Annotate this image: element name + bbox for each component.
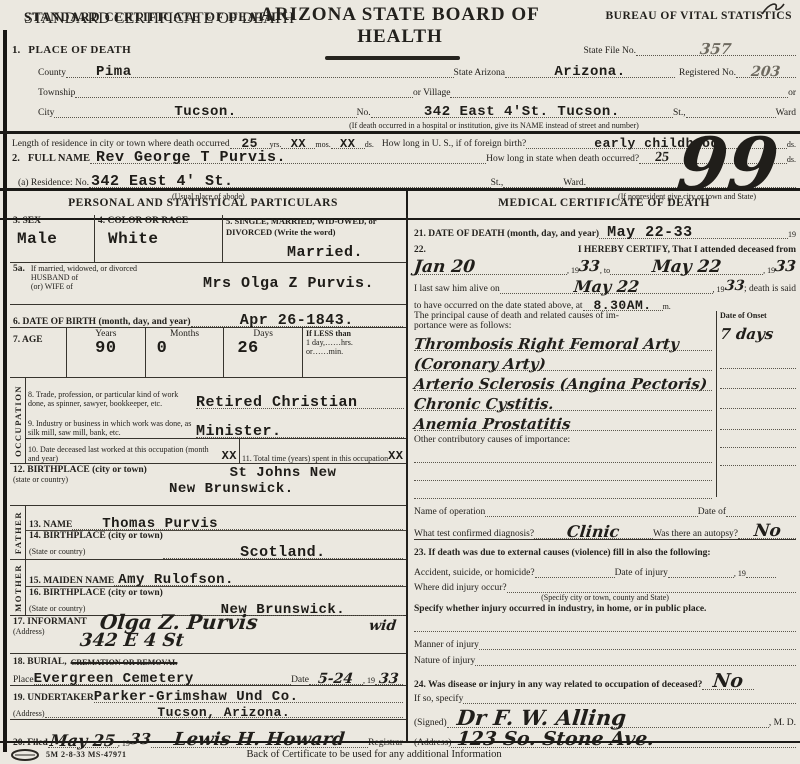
burial-date-label: Date xyxy=(291,675,309,685)
mother-name-value: Amy Rulofson. xyxy=(118,572,234,588)
house-no-label: No. xyxy=(357,108,371,118)
mother-birthplace-label: 16. BIRTHPLACE (city or town) xyxy=(29,588,163,598)
state-value: Arizona. xyxy=(554,64,625,80)
less-line3: or……min. xyxy=(306,347,403,356)
last-worked-value: XX xyxy=(222,449,237,463)
date-of-death-value: May 22-33 xyxy=(607,224,693,241)
undertaker-address-value: Tucson, Arizona. xyxy=(157,705,290,720)
burial-struck-text: CREMATION OR REMOVAL xyxy=(71,658,178,667)
registered-value: 203 xyxy=(751,64,782,80)
age-label-cell: 7. AGE xyxy=(10,328,66,377)
state-years-value: 25 xyxy=(654,150,670,166)
burial-label: 18. BURIAL, xyxy=(13,657,67,667)
personal-column: 3. SEX Male 4. COLOR OR RACE White 5. SI… xyxy=(10,215,408,741)
burial-place-value: Evergreen Cemetery xyxy=(34,671,194,687)
informant-address-label: (Address) xyxy=(13,627,87,636)
cause-line-2: (Coronary Arty) xyxy=(413,355,547,373)
years-label: Years xyxy=(70,329,142,339)
hospital-note: (If death occurred in a hospital or inst… xyxy=(349,121,639,130)
industry-label: 9. Industry or business in which work wa… xyxy=(28,419,196,438)
occupation-related-value: No xyxy=(712,670,744,692)
race-field: 4. COLOR OR RACE White xyxy=(94,215,222,262)
race-value: White xyxy=(108,230,219,248)
state-ds-label: ds. xyxy=(787,155,796,164)
city-value: Tucson. xyxy=(174,104,236,120)
death-said-label: ; death is said xyxy=(744,284,796,294)
less-line1: If LESS than xyxy=(306,329,403,338)
informant-label: 17. INFORMANT xyxy=(13,617,87,627)
footer: 5M 2-8-33 MS-47971 Back of Certificate t… xyxy=(0,741,800,764)
cause-line-4: Chronic Cystitis. xyxy=(413,395,555,413)
injury-19: , 19 xyxy=(734,569,746,578)
spouse-field-label: 5a. If married, widowed, or divorced HUS… xyxy=(10,263,200,304)
attended-from-value: Jan 20 xyxy=(413,257,476,277)
where-injury-note: (Specify city or town, county and State) xyxy=(414,593,796,602)
spouse-line2: HUSBAND of xyxy=(31,273,137,282)
county-value: Pima xyxy=(96,64,132,80)
print-stamp: 5M 2-8-33 MS-47971 xyxy=(46,750,127,759)
overlay-99: 99 xyxy=(674,128,782,200)
total-time-label: 11. Total time (years) spent in this occ… xyxy=(242,454,388,463)
birthplace-value-2: New Brunswick. xyxy=(169,481,403,497)
rule xyxy=(0,131,800,134)
city-label: City xyxy=(38,108,54,118)
doc-type-label: STANDARD CERTIFICATE OF DEATH xyxy=(24,10,277,25)
personal-header: PERSONAL AND STATISTICAL PARTICULARS xyxy=(0,191,408,218)
age-days-cell: Days 26 xyxy=(223,328,302,377)
dob-value: Apr 26-1843. xyxy=(240,312,354,329)
autopsy-label: Was there an autopsy? xyxy=(653,529,738,539)
dod-19: 19 xyxy=(788,230,796,239)
onset-value: 7 days xyxy=(719,325,798,349)
father-birthplace-value: Scotland. xyxy=(240,544,326,561)
section1-number: 1. xyxy=(12,44,20,56)
occupation-side-text: OCCUPATION xyxy=(13,385,23,457)
principal-cause-line2: portance were as follows: xyxy=(414,321,712,331)
state-label: State Arizona xyxy=(454,68,505,78)
columns: 3. SEX Male 4. COLOR OR RACE White 5. SI… xyxy=(10,215,800,741)
attended-from-year: 33 xyxy=(578,257,601,275)
township-label: Township xyxy=(38,88,75,98)
last-saw-label: I last saw him alive on xyxy=(414,284,500,294)
years-value: 90 xyxy=(70,339,142,358)
marital-value: Married. xyxy=(287,244,363,261)
days-value: 26 xyxy=(227,339,299,358)
mother-name-label: 15. MAIDEN NAME xyxy=(29,576,114,586)
section1-title: PLACE OF DEATH xyxy=(28,44,131,56)
spouse-field-value: Mrs Olga Z Purvis. xyxy=(200,263,406,304)
attended-to-value: May 22 xyxy=(651,257,722,277)
test-label: What test confirmed diagnosis? xyxy=(414,529,534,539)
where-injury-label: Where did injury occur? xyxy=(414,583,507,593)
footer-note: Back of Certificate to be used for any a… xyxy=(247,749,502,760)
marital-field: 5. SINGLE, MARRIED, WID-OWED, or DIVORCE… xyxy=(222,215,406,262)
undertaker-address-label: (Address) xyxy=(13,709,45,718)
sex-field: 3. SEX Male xyxy=(10,215,94,262)
informant-extra: wid xyxy=(368,618,397,634)
signed-label: (Signed) xyxy=(414,718,447,728)
or-label: or xyxy=(788,88,796,98)
birthplace-label-cell: 12. BIRTHPLACE (city or town) (state or … xyxy=(10,464,160,505)
test-value: Clinic xyxy=(566,522,620,541)
cause-line-5: Anemia Prostatitis xyxy=(413,415,571,433)
manner-of-injury-label: Manner of injury xyxy=(414,640,479,650)
father-name-label: 13. NAME xyxy=(29,520,72,530)
last-worked-label: 10. Date deceased last worked at this oc… xyxy=(28,445,222,463)
last-saw-year: 33 xyxy=(724,278,745,294)
birthplace-sublabel: (state or country) xyxy=(13,475,157,484)
burial-date-value: 5-24 xyxy=(318,671,355,687)
physician-signature: Dr F. W. Alling xyxy=(455,705,627,730)
n19c: , 19 xyxy=(713,285,725,294)
section2-number: 2. xyxy=(12,153,20,164)
residence-label: (a) Residence: No. xyxy=(18,178,89,188)
age-months-cell: Months 0 xyxy=(145,328,224,377)
total-time-value: XX xyxy=(388,449,403,463)
certify-text: I HEREBY CERTIFY, That I attended deceas… xyxy=(578,245,796,255)
state-file-label: State File No. xyxy=(583,46,636,56)
cause-line-1: Thrombosis Right Femoral Arty xyxy=(413,335,680,353)
informant-label-cell: 17. INFORMANT (Address) xyxy=(10,616,90,653)
full-name-label: FULL NAME xyxy=(28,153,90,164)
occupation-side-label: OCCUPATION xyxy=(10,378,26,463)
mother-side-text: MOTHER xyxy=(13,564,23,612)
pen-mark-icon xyxy=(760,0,786,16)
attended-to-year: 33 xyxy=(774,257,797,275)
st-label: St., xyxy=(673,108,686,118)
informant-address-value: 342 E 4 St xyxy=(79,630,185,651)
onset-column: Date of Onset 7 days xyxy=(716,311,796,497)
injury-date-label: Date of injury xyxy=(615,568,668,578)
where-injury-block: Where did injury occur? (Specify city or… xyxy=(414,578,796,604)
days-label: Days xyxy=(227,329,299,339)
m-label: m. xyxy=(663,302,671,311)
age-label: 7. AGE xyxy=(13,335,43,345)
burial-year-value: 33 xyxy=(378,671,399,687)
death-certificate: STANDARD CERTIFICATE OF DEATH STANDARD C… xyxy=(0,0,800,764)
birthplace-value-1: St Johns New xyxy=(163,465,403,481)
less-line2: 1 day,……hrs. xyxy=(306,338,403,347)
trade-label: 8. Trade, profession, or particular kind… xyxy=(28,390,196,409)
medical-column: 21. DATE OF DEATH (month, day, and year)… xyxy=(408,215,800,741)
street-value: 342 East 4'St. Tucson. xyxy=(424,104,620,120)
printer-emblem-icon xyxy=(10,749,40,761)
village-label: or Village xyxy=(413,88,451,98)
state-file-value: 357 xyxy=(699,40,732,58)
spouse-line1: If married, widowed, or divorced xyxy=(31,264,137,273)
accident-label: Accident, suicide, or homicide? xyxy=(414,568,535,578)
months-label: Months xyxy=(149,329,221,339)
burial-place-label: Place xyxy=(13,675,34,685)
md-label: , M. D. xyxy=(769,718,796,728)
mother-side-label: MOTHER xyxy=(10,560,26,615)
dob-label: 6. DATE OF BIRTH (month, day, and year) xyxy=(13,317,191,327)
race-label: 4. COLOR OR RACE xyxy=(98,216,219,226)
operation-date-label: Date of xyxy=(698,507,726,517)
certify-block: 22. I HEREBY CERTIFY, That I attended de… xyxy=(414,239,796,311)
last-worked-cell: 10. Date deceased last worked at this oc… xyxy=(26,439,239,463)
county-label: County xyxy=(38,68,66,78)
father-side-text: FATHER xyxy=(13,511,23,554)
less-than-cell: If LESS than 1 day,……hrs. or……min. xyxy=(302,328,406,377)
operation-label: Name of operation xyxy=(414,507,485,517)
date-of-death-label: 21. DATE OF DEATH (month, day, and year) xyxy=(414,229,599,239)
occurred-label: to have occurred on the date stated abov… xyxy=(414,301,583,311)
autopsy-value: No xyxy=(752,521,781,541)
spouse-value: Mrs Olga Z Purvis. xyxy=(203,275,374,292)
occupation-related-label: 24. Was disease or injury in any way rel… xyxy=(414,680,702,690)
father-birthplace-label: 14. BIRTHPLACE (city or town) xyxy=(29,531,163,541)
total-time-cell: 11. Total time (years) spent in this occ… xyxy=(239,439,406,463)
spouse-number: 5a. xyxy=(13,264,25,291)
ward-label: Ward xyxy=(776,108,796,118)
sex-label: 3. SEX xyxy=(13,216,91,226)
spouse-line3: (or) WIFE of xyxy=(31,282,137,291)
sex-value: Male xyxy=(17,230,91,248)
undertaker-label: 19. UNDERTAKER xyxy=(13,693,94,703)
res-st-label: St., xyxy=(491,178,504,188)
contributory-label: Other contributory causes of importance: xyxy=(414,431,712,445)
months-value: 0 xyxy=(149,339,221,358)
specify-injury-label: Specify whether injury occurred in indus… xyxy=(414,604,796,618)
res-ward-label: Ward. xyxy=(563,178,586,188)
age-years-cell: Years 90 xyxy=(66,328,145,377)
to-label: , to xyxy=(600,266,610,275)
principal-cause-line1: The principal cause of death and related… xyxy=(414,311,712,321)
burial-19-label: , 19 xyxy=(363,676,375,685)
last-saw-value: May 22 xyxy=(573,277,640,296)
cause-of-death-block: The principal cause of death and related… xyxy=(414,311,796,497)
father-birthplace-sublabel: (State or country) xyxy=(29,547,85,556)
mother-birthplace-sublabel: (State or country) xyxy=(29,604,85,613)
registered-label: Registered No. xyxy=(679,68,736,78)
birthplace-label: 12. BIRTHPLACE (city or town) xyxy=(13,465,157,475)
nature-of-injury-label: Nature of injury xyxy=(414,656,475,666)
father-side-label: FATHER xyxy=(10,506,26,559)
external-causes-label: 23. If death was due to external causes … xyxy=(414,548,711,558)
certify-number: 22. xyxy=(414,245,426,255)
birthplace-value-cell: St Johns New New Brunswick. xyxy=(160,464,406,505)
specify-injury-block: Specify whether injury occurred in indus… xyxy=(414,604,796,634)
marital-label: 5. SINGLE, MARRIED, WID-OWED, or DIVORCE… xyxy=(226,216,403,237)
state-years-question: How long in state when death occurred? xyxy=(486,154,639,164)
onset-label: Date of Onset xyxy=(720,311,796,325)
cause-line-3: Arterio Sclerosis (Angina Pectoris) xyxy=(413,375,708,393)
full-name-value: Rev George T Purvis. xyxy=(96,149,286,166)
if-so-specify-label: If so, specify xyxy=(414,694,463,704)
father-name-value: Thomas Purvis xyxy=(102,516,218,532)
